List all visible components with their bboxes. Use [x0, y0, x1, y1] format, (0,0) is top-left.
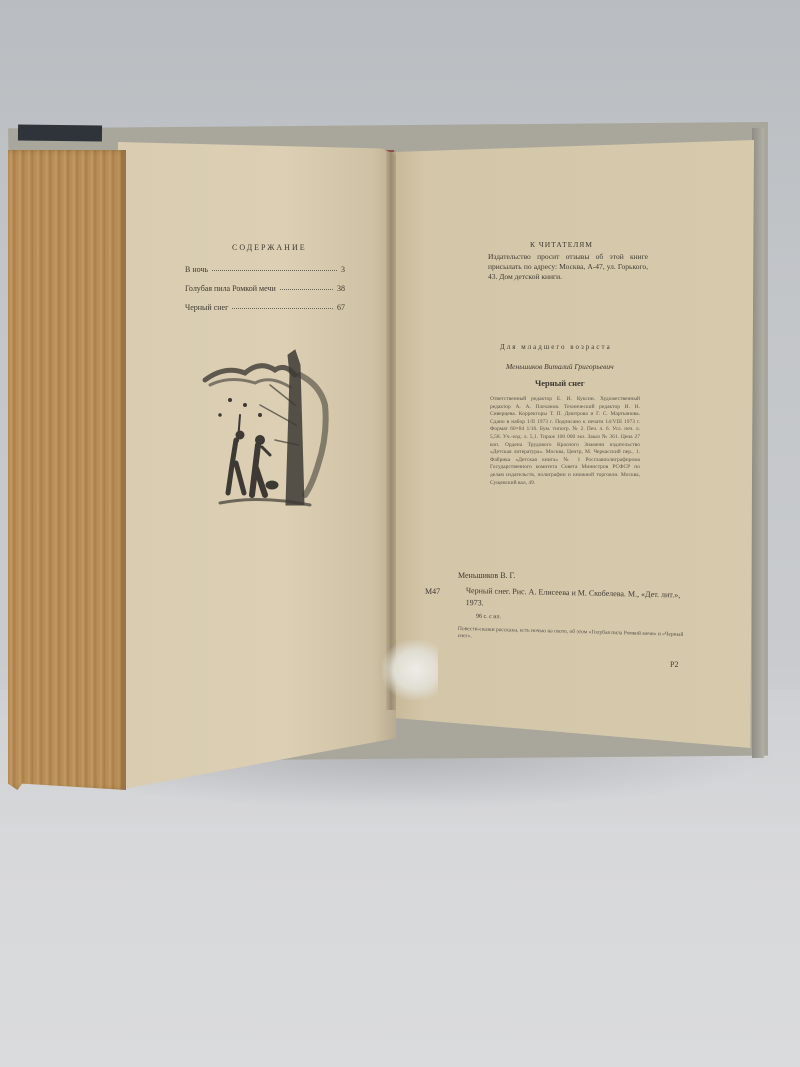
age-label: Для младшего возраста [500, 343, 612, 351]
cover-right-edge [752, 128, 764, 758]
note-body: Издательство просит отзывы об этой книге… [488, 252, 648, 282]
toc-item: В ночь 3 [185, 265, 345, 274]
gutter-shadow [386, 150, 396, 710]
page-tear [382, 640, 438, 700]
toc-item-title: В ночь [185, 265, 208, 274]
toc-item: Голубая пила Ромкой мечи 38 [185, 284, 345, 293]
toc-item-page: 67 [337, 303, 345, 312]
catalog-author: Меньшиков В. Г. [458, 571, 515, 580]
toc-item-page: 3 [341, 265, 345, 274]
toc-item-page: 38 [337, 284, 345, 293]
page-block-edge [8, 150, 126, 790]
catalog-description: Черный снег. Рис. А. Елисеева и М. Скобе… [465, 585, 680, 613]
toc-leader [280, 284, 333, 290]
ink-illustration [200, 345, 335, 510]
price-mark: Р2 [670, 660, 678, 669]
book-title: Черный снег [535, 378, 585, 388]
imprint-block: Ответственный редактор Е. И. Куксин. Худ… [490, 396, 640, 502]
toc-item-title: Черный снег [185, 303, 228, 312]
toc-item: Черный снег 67 [185, 303, 345, 312]
toc-leader [212, 265, 337, 271]
author-full-name: Меньшиков Виталий Григорьевич [506, 362, 614, 371]
note-title: К ЧИТАТЕЛЯМ [530, 240, 593, 249]
toc-item-title: Голубая пила Ромкой мечи [185, 284, 276, 293]
toc-leader [232, 303, 333, 309]
catalog-pages: 96 с. с ил. [476, 614, 501, 621]
toc-title: СОДЕРЖАНИЕ [232, 243, 307, 252]
spine-strip [18, 125, 102, 142]
catalog-code: М47 [425, 587, 440, 596]
